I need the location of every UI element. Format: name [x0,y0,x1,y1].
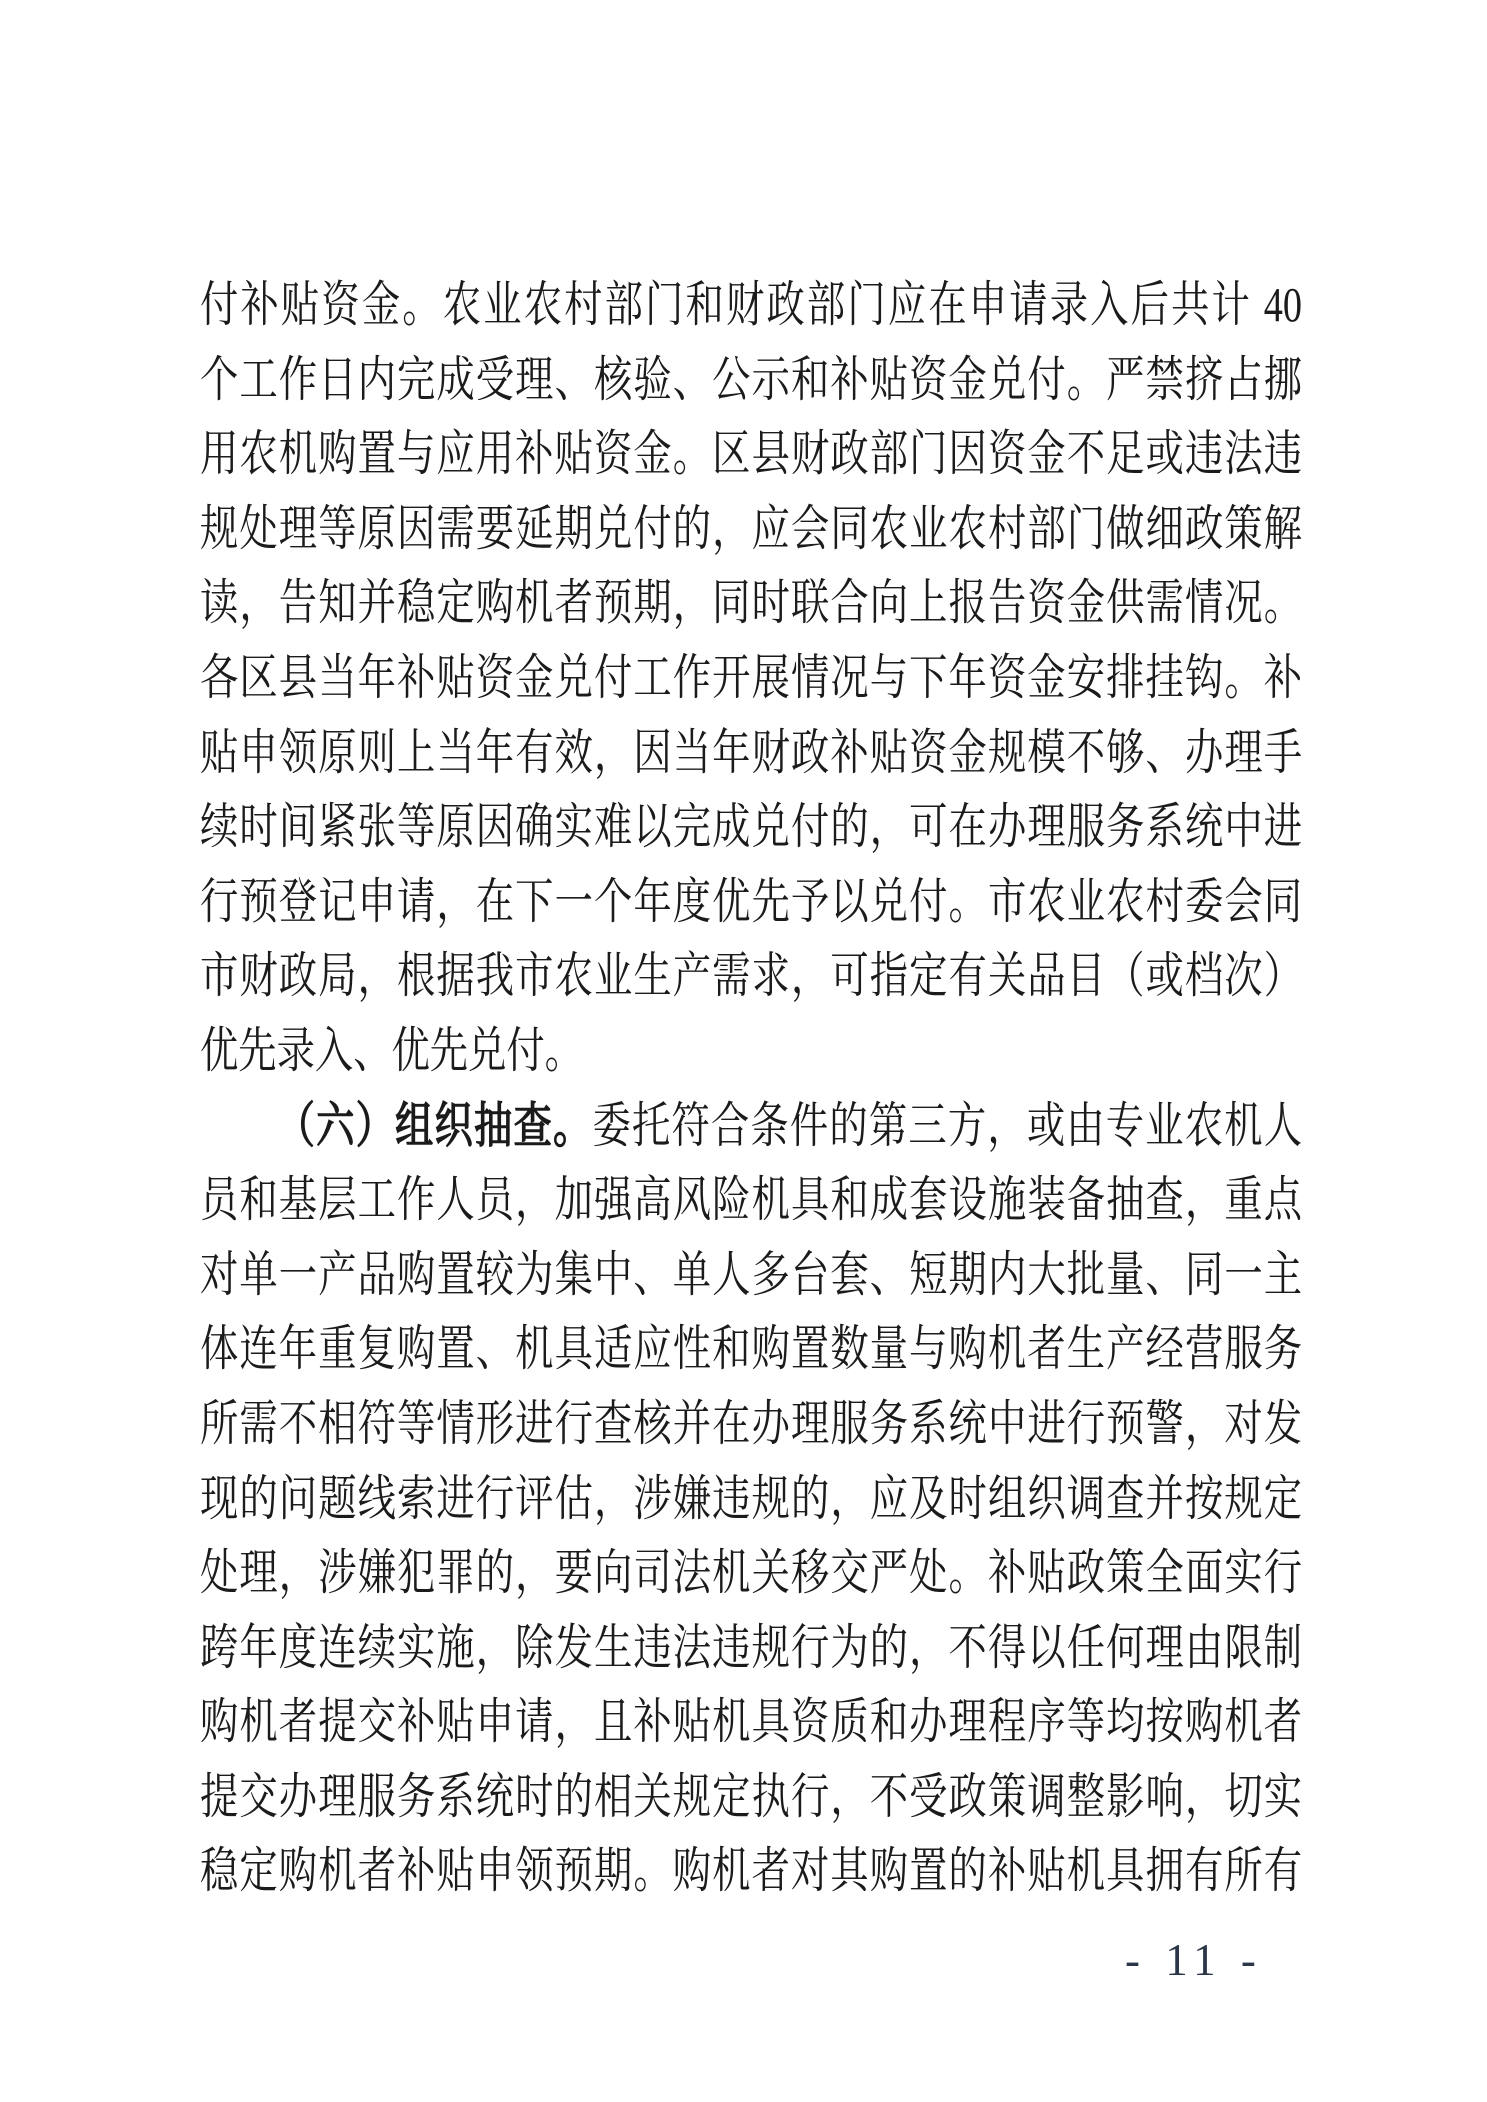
line-text: 用农机购置与应用补贴资金。区县财政部门因资金不足或违法违 [200,426,1302,481]
line-text: 优先录入、优先兑付。 [200,1023,583,1078]
text-line: 读，告知并稳定购机者预期，同时联合向上报告资金供需情况。 [200,566,1302,641]
text-line: 付补贴资金。农业农村部门和财政部门应在申请录入后共计 40 [200,268,1302,343]
text-line: 提交办理服务系统时的相关规定执行，不受政策调整影响，切实 [200,1760,1302,1835]
text-line: 个工作日内完成受理、核验、公示和补贴资金兑付。严禁挤占挪 [200,343,1302,418]
text-line: 处理，涉嫌犯罪的，要向司法机关移交严处。补贴政策全面实行 [200,1536,1302,1611]
line-text: 付补贴资金。农业农村部门和财政部门应在申请录入后共计 40 [200,277,1302,332]
line-text: 行预登记申请，在下一个年度优先予以兑付。市农业农村委会同 [200,874,1302,929]
text-line: 稳定购机者补贴申领预期。购机者对其购置的补贴机具拥有所有 [200,1834,1302,1909]
line-text: 提交办理服务系统时的相关规定执行，不受政策调整影响，切实 [200,1769,1302,1824]
line-text: 跨年度连续实施，除发生违法违规行为的，不得以任何理由限制 [200,1620,1302,1675]
line-text: 市财政局，根据我市农业生产需求，可指定有关品目（或档次） [200,948,1302,1003]
text-line: （六）组织抽查。委托符合条件的第三方，或由专业农机人 [200,1089,1302,1164]
line-text: 对单一产品购置较为集中、单人多台套、短期内大批量、同一主 [200,1247,1302,1302]
line-text: 员和基层工作人员，加强高风险机具和成套设施装备抽查，重点 [200,1172,1302,1227]
line-text: 个工作日内完成受理、核验、公示和补贴资金兑付。严禁挤占挪 [200,352,1302,407]
line-text: 现的问题线索进行评估，涉嫌违规的，应及时组织调查并按规定 [200,1471,1302,1526]
text-line: 市财政局，根据我市农业生产需求，可指定有关品目（或档次） [200,939,1302,1014]
line-text: 处理，涉嫌犯罪的，要向司法机关移交严处。补贴政策全面实行 [200,1545,1302,1600]
document-page: 付补贴资金。农业农村部门和财政部门应在申请录入后共计 40 个工作日内完成受理、… [0,0,1487,2102]
text-line: 对单一产品购置较为集中、单人多台套、短期内大批量、同一主 [200,1238,1302,1313]
line-text: 读，告知并稳定购机者预期，同时联合向上报告资金供需情况。 [200,575,1302,630]
section-heading: （六）组织抽查。 [277,1098,593,1153]
document-text-block: 付补贴资金。农业农村部门和财政部门应在申请录入后共计 40 个工作日内完成受理、… [200,268,1302,1909]
text-line: 体连年重复购置、机具适应性和购置数量与购机者生产经营服务 [200,1312,1302,1387]
line-text: 购机者提交补贴申请，且补贴机具资质和办理程序等均按购机者 [200,1694,1302,1749]
line-text: 委托符合条件的第三方，或由专业农机人 [592,1098,1302,1153]
line-text: 所需不相符等情形进行查核并在办理服务系统中进行预警，对发 [200,1396,1302,1451]
text-line: 员和基层工作人员，加强高风险机具和成套设施装备抽查，重点 [200,1163,1302,1238]
text-line: 跨年度连续实施，除发生违法违规行为的，不得以任何理由限制 [200,1611,1302,1686]
text-line: 用农机购置与应用补贴资金。区县财政部门因资金不足或违法违 [200,417,1302,492]
text-line: 贴申领原则上当年有效，因当年财政补贴资金规模不够、办理手 [200,716,1302,791]
text-line: 规处理等原因需要延期兑付的，应会同农业农村部门做细政策解 [200,492,1302,567]
line-text: 体连年重复购置、机具适应性和购置数量与购机者生产经营服务 [200,1321,1302,1376]
text-line: 所需不相符等情形进行查核并在办理服务系统中进行预警，对发 [200,1387,1302,1462]
text-line: 现的问题线索进行评估，涉嫌违规的，应及时组织调查并按规定 [200,1462,1302,1537]
page-number: - 11 - [1125,1936,1263,1984]
line-text: 规处理等原因需要延期兑付的，应会同农业农村部门做细政策解 [200,501,1302,556]
text-line: 优先录入、优先兑付。 [200,1014,1302,1089]
text-line: 续时间紧张等原因确实难以完成兑付的，可在办理服务系统中进 [200,790,1302,865]
line-text: 续时间紧张等原因确实难以完成兑付的，可在办理服务系统中进 [200,799,1302,854]
text-line: 购机者提交补贴申请，且补贴机具资质和办理程序等均按购机者 [200,1685,1302,1760]
text-line: 各区县当年补贴资金兑付工作开展情况与下年资金安排挂钩。补 [200,641,1302,716]
line-text: 贴申领原则上当年有效，因当年财政补贴资金规模不够、办理手 [200,725,1302,780]
text-line: 行预登记申请，在下一个年度优先予以兑付。市农业农村委会同 [200,865,1302,940]
line-text: 稳定购机者补贴申领预期。购机者对其购置的补贴机具拥有所有 [200,1843,1302,1898]
line-text: 各区县当年补贴资金兑付工作开展情况与下年资金安排挂钩。补 [200,650,1302,705]
